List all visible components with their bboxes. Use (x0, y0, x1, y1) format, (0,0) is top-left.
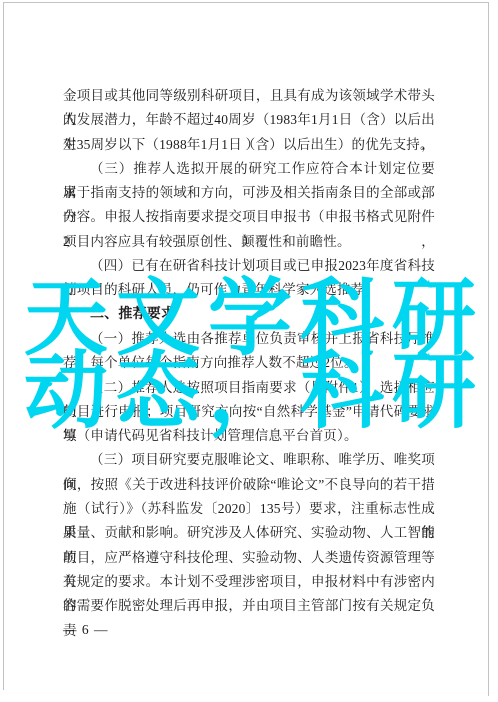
text-line: 内容。申报人按指南要求提交项目申报书（申报书格式见附件2）， (63, 205, 435, 229)
text-line: 金项目或其他同等级别科研项目，且具有成为该领域学术带头人 (63, 84, 435, 108)
page-border-top (3, 2, 489, 3)
text-line: 的发展潜力，年龄不超过40周岁（1983年1月1日（含）以后出生）， (63, 108, 435, 132)
page-number: — 6 — (63, 620, 109, 640)
text-line: 质量、贡献和影响。研究涉及人体研究、实验动物、人工智能的 (63, 521, 435, 545)
text-line: 施（试行）》（苏科监发〔2020〕135号）要求，注重标志性成果的 (63, 497, 435, 521)
text-line: 对35周岁以下（1988年1月1日（含）以后出生）的优先支持。 (63, 133, 435, 157)
page-border-left (3, 2, 4, 690)
text-line: 项目，应严格遵守科技伦理、实验动物、人类遗传资源管理等有 (63, 546, 435, 570)
watermark-line-2: 动态，科研 (24, 355, 498, 428)
document-page: 金项目或其他同等级别科研项目，且具有成为该领域学术带头人的发展潜力，年龄不超过4… (0, 0, 498, 702)
text-line: （三）推荐人选拟开展的研究工作应符合本计划定位要求， (63, 157, 435, 181)
text-line: 的需要作脱密处理后再申报，并由项目主管部门按有关规定负责 (63, 594, 435, 618)
text-line: 属于指南支持的领域和方向，可涉及相关指南条目的全部或部分 (63, 181, 435, 205)
text-line: （三）项目研究要克服唯论文、唯职称、唯学历、唯奖项倾 (63, 448, 435, 472)
text-line: 关规定的要求。本计划不受理涉密项目，申报材料中有涉密内容 (63, 570, 435, 594)
text-line: 向，按照《关于改进科技评价破除“唯论文”不良导向的若干措 (63, 473, 435, 497)
watermark-overlay: 天文学科研 动态，科研 (24, 282, 498, 428)
